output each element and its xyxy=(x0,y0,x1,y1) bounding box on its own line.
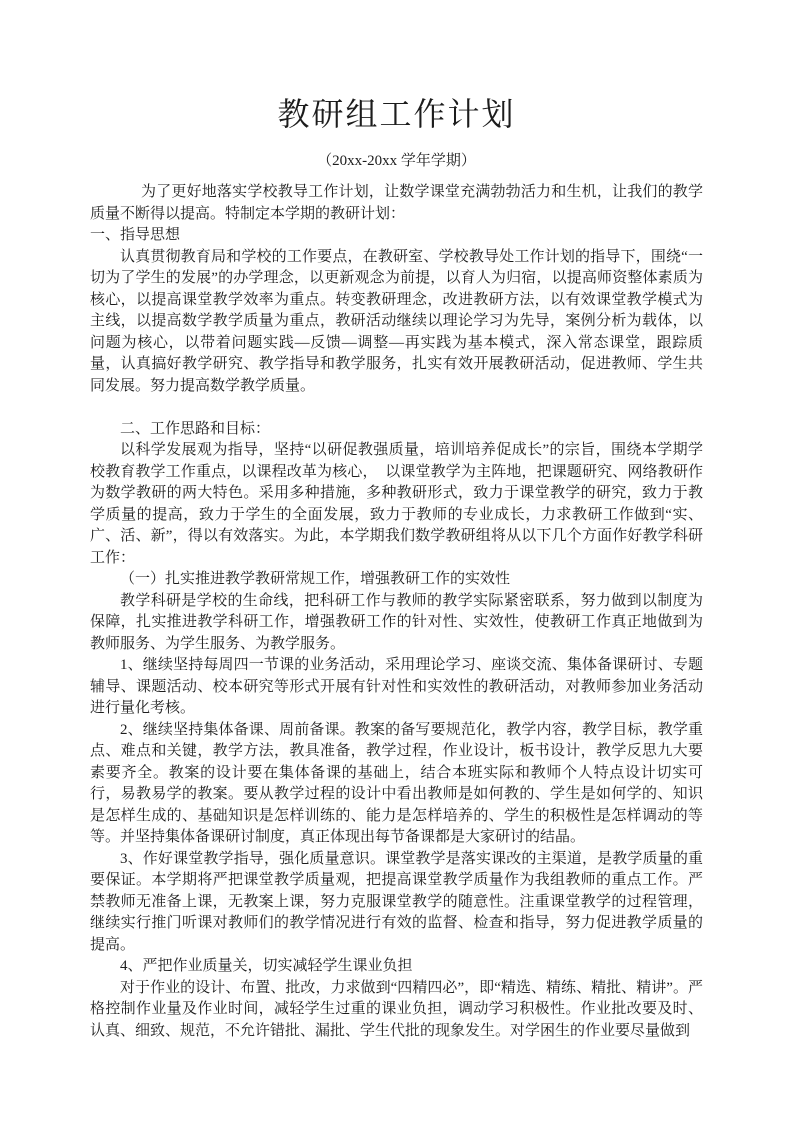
paragraph: 1、继续坚持每周四一节课的业务活动，采用理论学习、座谈交流、集体备课研讨、专题辅… xyxy=(90,655,703,720)
paragraph: 对于作业的设计、布置、批改，力求做到“四精四必”，即“精选、精练、精批、精讲”。… xyxy=(90,978,703,1043)
paragraph xyxy=(90,397,703,419)
paragraph: 二、工作思路和目标： xyxy=(90,419,703,441)
paragraph: 教学科研是学校的生命线，把科研工作与教师的教学实际紧密联系，努力做到以制度为保障… xyxy=(90,591,703,656)
document-title: 教研组工作计划 xyxy=(90,90,703,138)
paragraph: （一）扎实推进教学教研常规工作，增强教研工作的实效性 xyxy=(90,569,703,591)
paragraph: 为了更好地落实学校教导工作计划，让数学课堂充满勃勃活力和生机，让我们的教学质量不… xyxy=(90,182,703,225)
document-content: 教研组工作计划 （20xx-20xx 学年学期） 为了更好地落实学校教导工作计划… xyxy=(0,0,793,1042)
paragraph: 认真贯彻教育局和学校的工作要点，在教研室、学校教导处工作计划的指导下，围绕“一切… xyxy=(90,247,703,398)
document-subtitle: （20xx-20xx 学年学期） xyxy=(90,150,703,172)
document-body: 为了更好地落实学校教导工作计划，让数学课堂充满勃勃活力和生机，让我们的教学质量不… xyxy=(90,182,703,1042)
paragraph: 一、指导思想 xyxy=(90,225,703,247)
paragraph: 2、继续坚持集体备课、周前备课。教案的备写要规范化，教学内容，教学目标，教学重点… xyxy=(90,720,703,849)
paragraph: 以科学发展观为指导，坚持“以研促教强质量，培训培养促成长”的宗旨，围绕本学期学校… xyxy=(90,440,703,569)
paragraph: 4、严把作业质量关，切实减轻学生课业负担 xyxy=(90,956,703,978)
paragraph: 3、作好课堂教学指导，强化质量意识。课堂教学是落实课改的主渠道，是教学质量的重要… xyxy=(90,849,703,957)
document-page: 教研组工作计划 （20xx-20xx 学年学期） 为了更好地落实学校教导工作计划… xyxy=(0,0,793,1122)
